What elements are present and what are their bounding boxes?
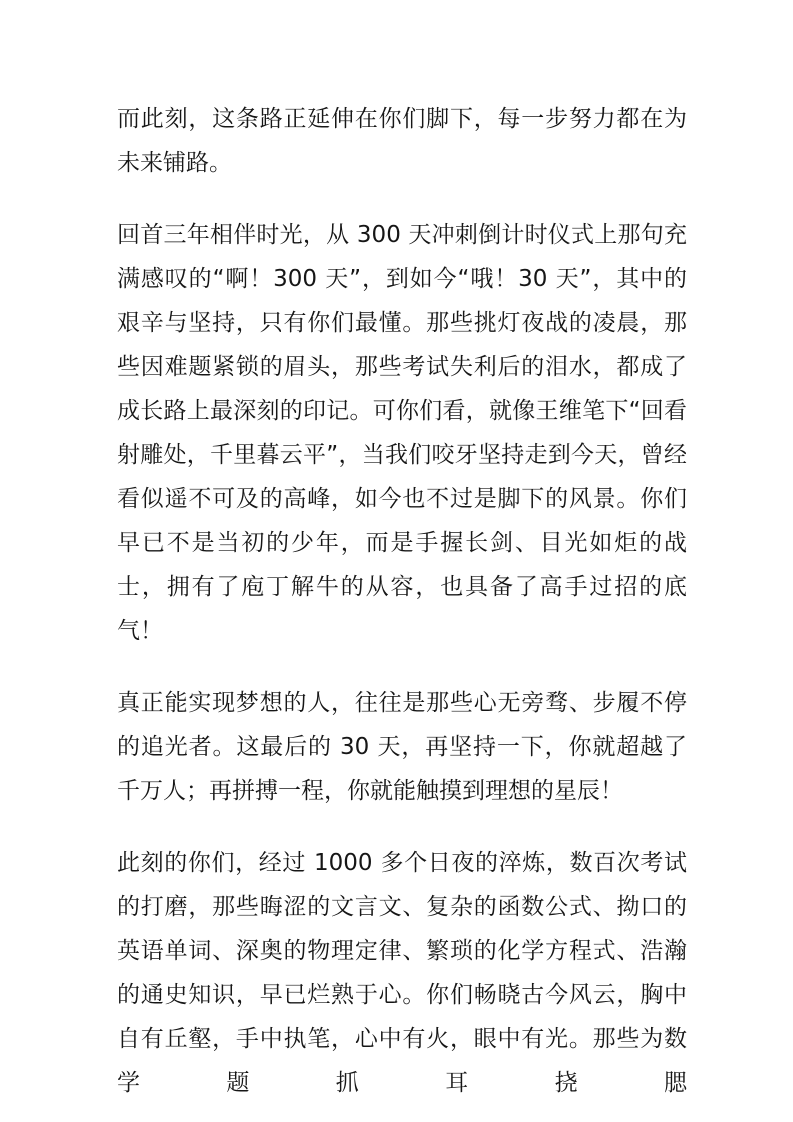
document-page: 而此刻，这条路正延伸在你们脚下，每一步努力都在为未来铺路。 回首三年相伴时光，从… <box>0 0 793 1122</box>
paragraph: 真正能实现梦想的人，往往是那些心无旁骛、步履不停的追光者。这最后的 30 天，再… <box>117 681 687 813</box>
paragraph: 回首三年相伴时光，从 300 天冲刺倒计时仪式上那句充满感叹的“啊！300 天”… <box>117 213 687 653</box>
paragraph: 而此刻，这条路正延伸在你们脚下，每一步努力都在为未来铺路。 <box>117 97 687 185</box>
paragraph: 此刻的你们，经过 1000 多个日夜的淬炼，数百次考试的打磨，那些晦涩的文言文、… <box>117 841 687 1105</box>
